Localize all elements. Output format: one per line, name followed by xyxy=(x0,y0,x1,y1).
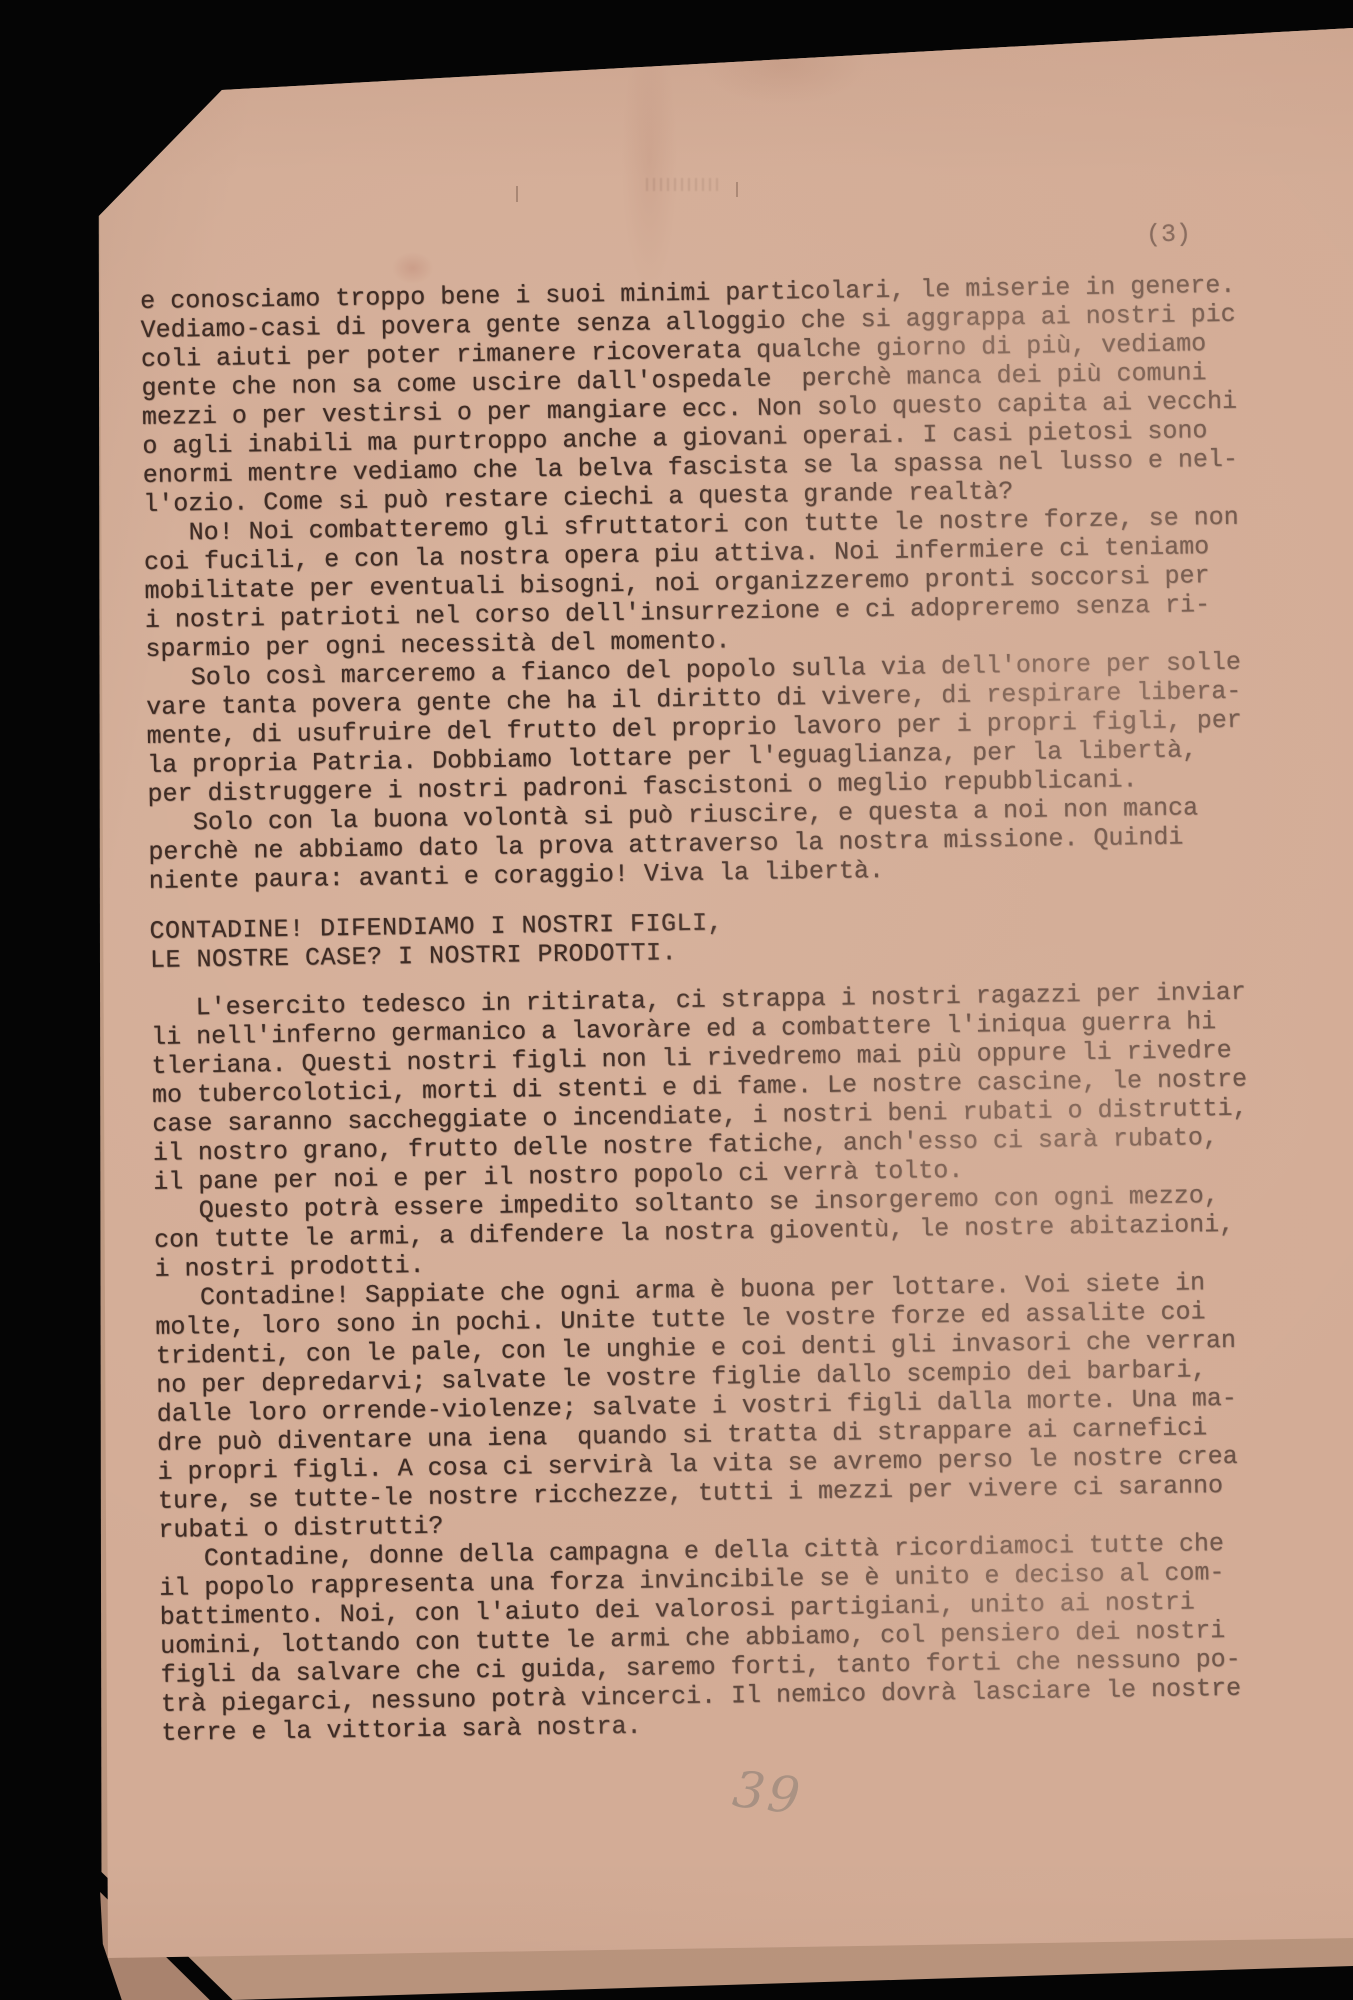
paragraph: Questo potrà essere impedito soltanto se… xyxy=(153,1180,1294,1284)
paragraph: L'esercito tedesco in ritirata, ci strap… xyxy=(150,977,1293,1197)
paragraph: Solo con la buona volontà si può riuscir… xyxy=(148,792,1289,896)
page-number: (3) xyxy=(1146,220,1192,250)
scanned-document: (3) e conosciamo troppo bene i suoi mini… xyxy=(0,0,1353,2000)
typewritten-text: e conosciamo troppo bene i suoi minimi p… xyxy=(140,270,1302,1748)
faint-type-smudge xyxy=(646,178,720,191)
handwritten-page-number: 39 xyxy=(730,1760,806,1826)
paragraph: Contadine, donne della campagna e della … xyxy=(159,1528,1302,1748)
paragraph: Solo così marceremo a fianco del popolo … xyxy=(146,647,1288,809)
section-heading: CONTADINE! DIFENDIAMO I NOSTRI FIGLI,LE … xyxy=(149,900,1290,975)
paragraph: e conosciamo troppo bene i suoi minimi p… xyxy=(140,270,1283,519)
faint-type-mark xyxy=(516,186,518,202)
paragraph: No! Noi combatteremo gli sfruttatori con… xyxy=(143,502,1285,664)
paragraph: Contadine! Sappiate che ogni arma è buon… xyxy=(155,1267,1299,1545)
faint-type-mark xyxy=(736,182,738,197)
